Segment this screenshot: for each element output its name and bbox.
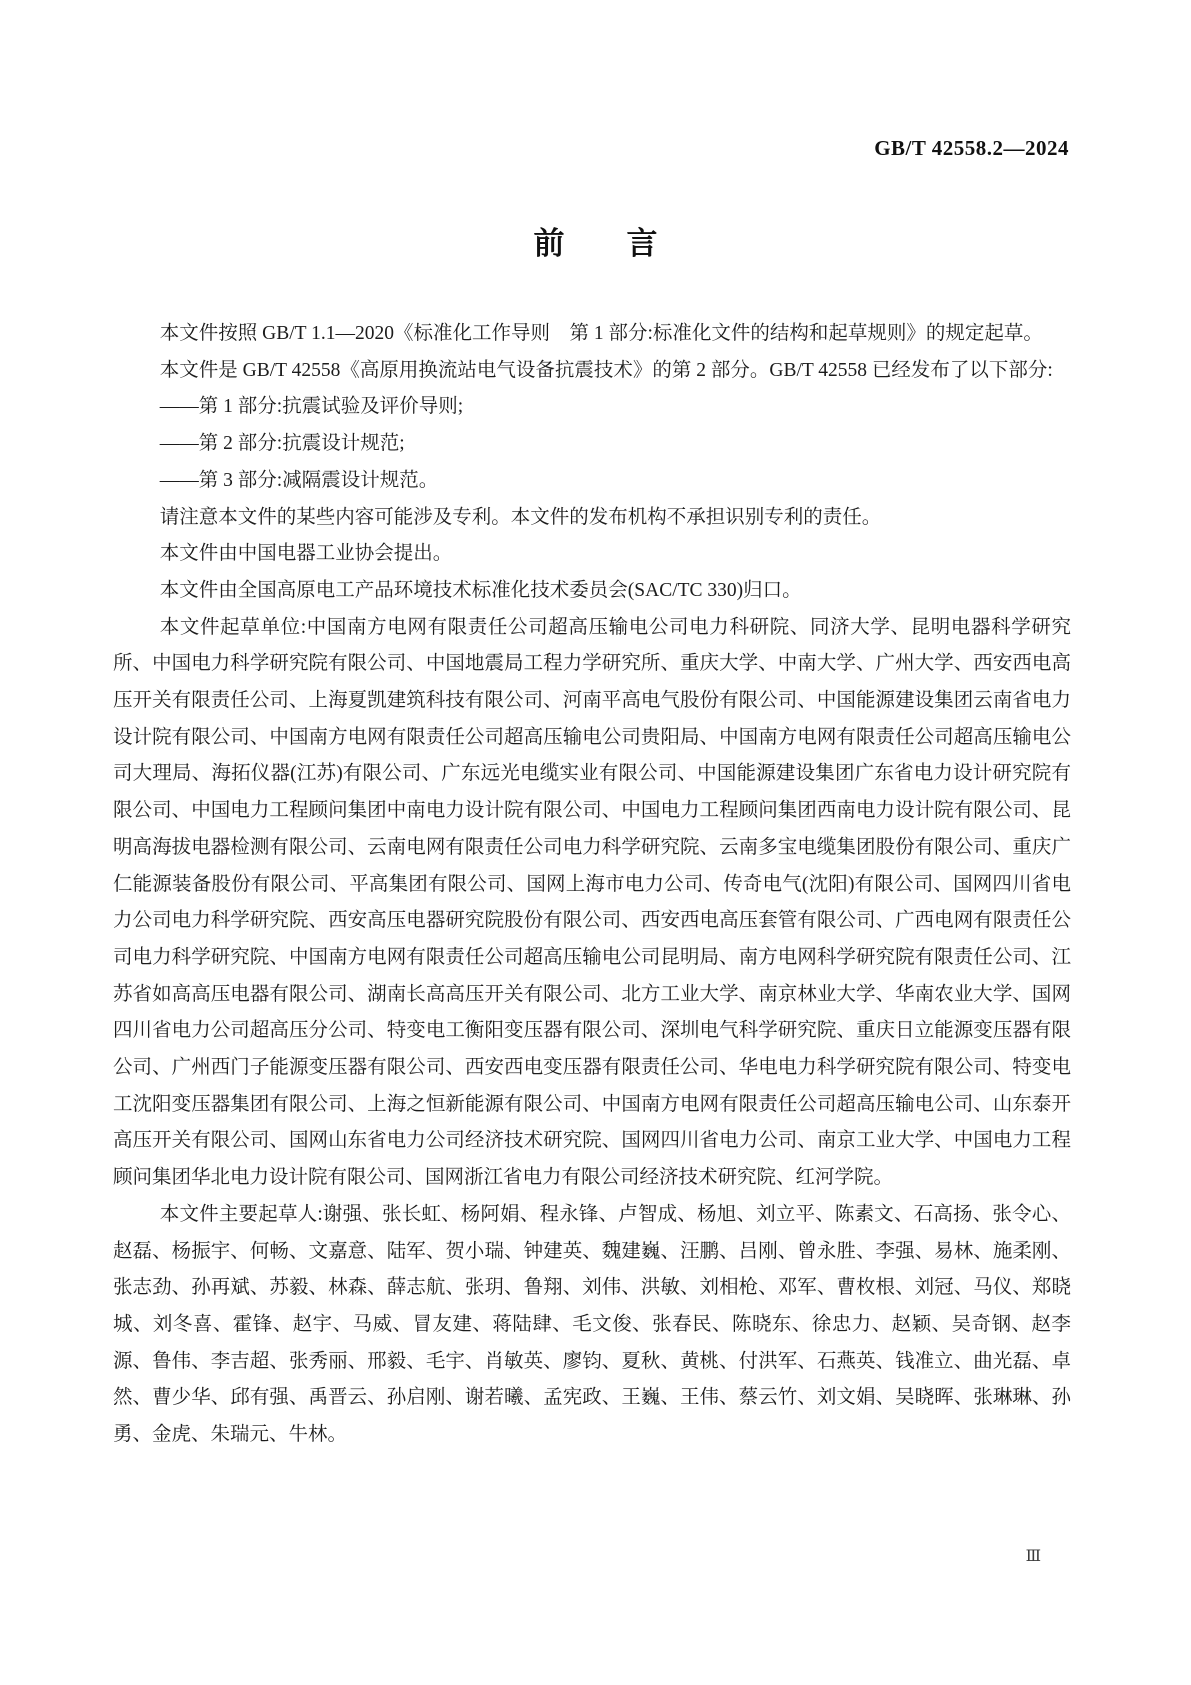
- foreword-body: 本文件按照 GB/T 1.1—2020《标准化工作导则 第 1 部分:标准化文件…: [113, 316, 1071, 1454]
- document-page: GB/T 42558.2—2024 前 言 本文件按照 GB/T 1.1—202…: [0, 0, 1191, 1685]
- foreword-paragraph: 请注意本文件的某些内容可能涉及专利。本文件的发布机构不承担识别专利的责任。: [113, 500, 1071, 537]
- foreword-paragraph: 本文件是 GB/T 42558《高原用换流站电气设备抗震技术》的第 2 部分。G…: [113, 353, 1071, 390]
- foreword-paragraph: ——第 3 部分:减隔震设计规范。: [113, 463, 1071, 500]
- standard-number: GB/T 42558.2—2024: [874, 136, 1069, 161]
- foreword-paragraph: 本文件起草单位:中国南方电网有限责任公司超高压输电公司电力科研院、同济大学、昆明…: [113, 610, 1071, 1197]
- page-title: 前 言: [0, 218, 1191, 263]
- foreword-paragraph: 本文件主要起草人:谢强、张长虹、杨阿娟、程永锋、卢智成、杨旭、刘立平、陈素文、石…: [113, 1197, 1071, 1454]
- foreword-paragraph: 本文件由全国高原电工产品环境技术标准化技术委员会(SAC/TC 330)归口。: [113, 573, 1071, 610]
- foreword-paragraph: 本文件按照 GB/T 1.1—2020《标准化工作导则 第 1 部分:标准化文件…: [113, 316, 1071, 353]
- foreword-paragraph: 本文件由中国电器工业协会提出。: [113, 536, 1071, 573]
- foreword-paragraph: ——第 2 部分:抗震设计规范;: [113, 426, 1071, 463]
- foreword-paragraph: ——第 1 部分:抗震试验及评价导则;: [113, 389, 1071, 426]
- page-number: Ⅲ: [1026, 1546, 1041, 1566]
